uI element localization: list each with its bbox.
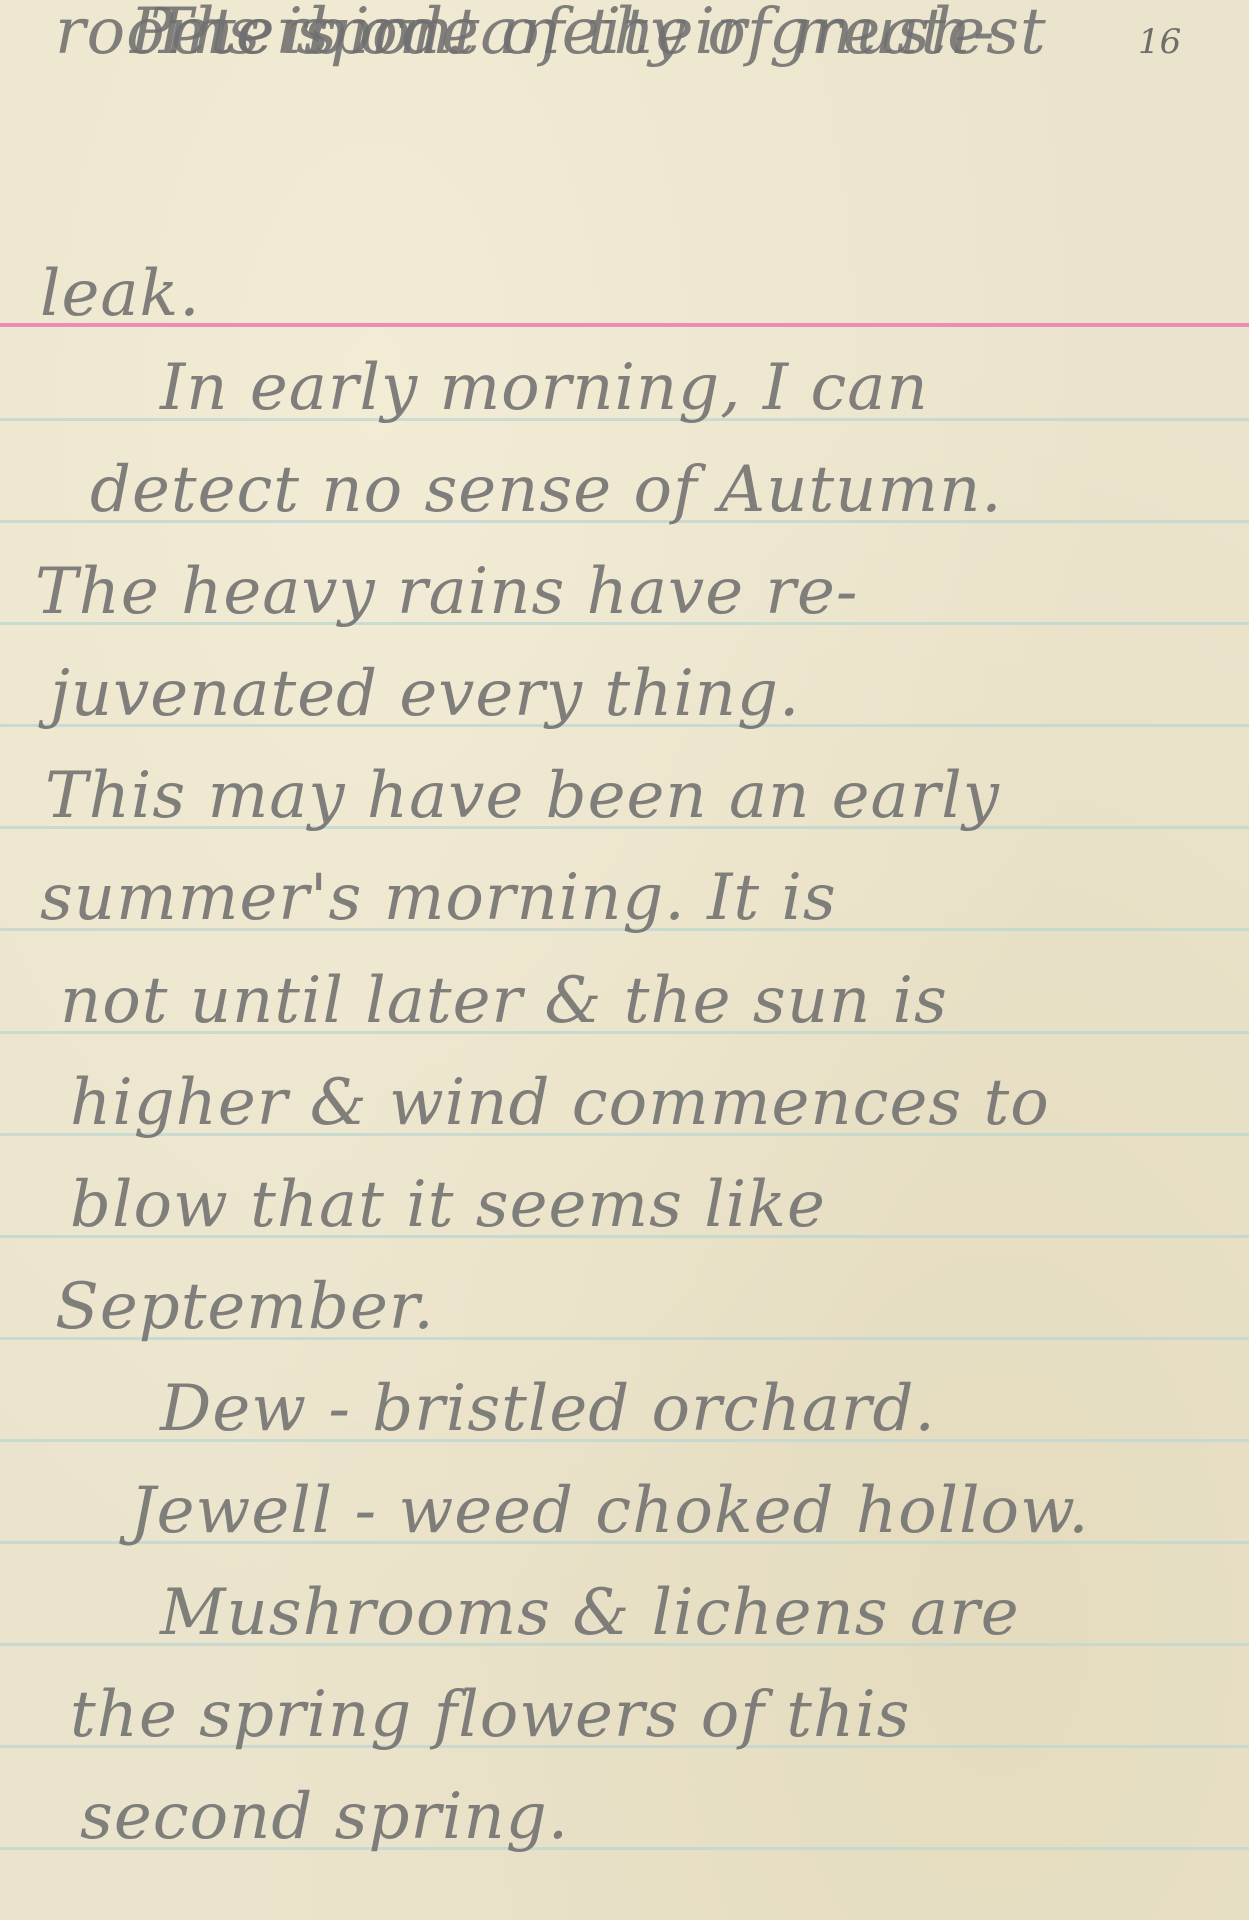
notebook-page: 16 leak.In early morning, I candetect no… xyxy=(0,0,1249,1920)
handwritten-line: The heavy rains have re- xyxy=(35,560,859,624)
handwritten-line: Jewell - weed choked hollow. xyxy=(130,1479,1090,1543)
handwritten-line: rooms is one of their greatest xyxy=(55,0,1047,64)
handwritten-line: Dew - bristled orchard. xyxy=(160,1377,936,1441)
handwritten-line: September. xyxy=(55,1275,435,1339)
page-number: 16 xyxy=(1138,22,1181,62)
handwritten-line: not until later & the sun is xyxy=(60,969,948,1033)
handwritten-line: higher & wind commences to xyxy=(70,1071,1050,1135)
handwritten-line: summer's morning. It is xyxy=(40,866,837,930)
handwritten-line: juvenated every thing. xyxy=(50,662,800,726)
handwritten-line: detect no sense of Autumn. xyxy=(90,458,1003,522)
handwritten-line: second spring. xyxy=(80,1785,569,1849)
handwritten-line: In early morning, I can xyxy=(160,356,929,420)
handwritten-line: Mushrooms & lichens are xyxy=(160,1581,1020,1645)
handwritten-line: leak. xyxy=(40,262,201,326)
handwritten-line: This may have been an early xyxy=(45,764,1000,828)
handwritten-line: the spring flowers of this xyxy=(70,1683,911,1747)
handwritten-line: blow that it seems like xyxy=(70,1173,826,1237)
